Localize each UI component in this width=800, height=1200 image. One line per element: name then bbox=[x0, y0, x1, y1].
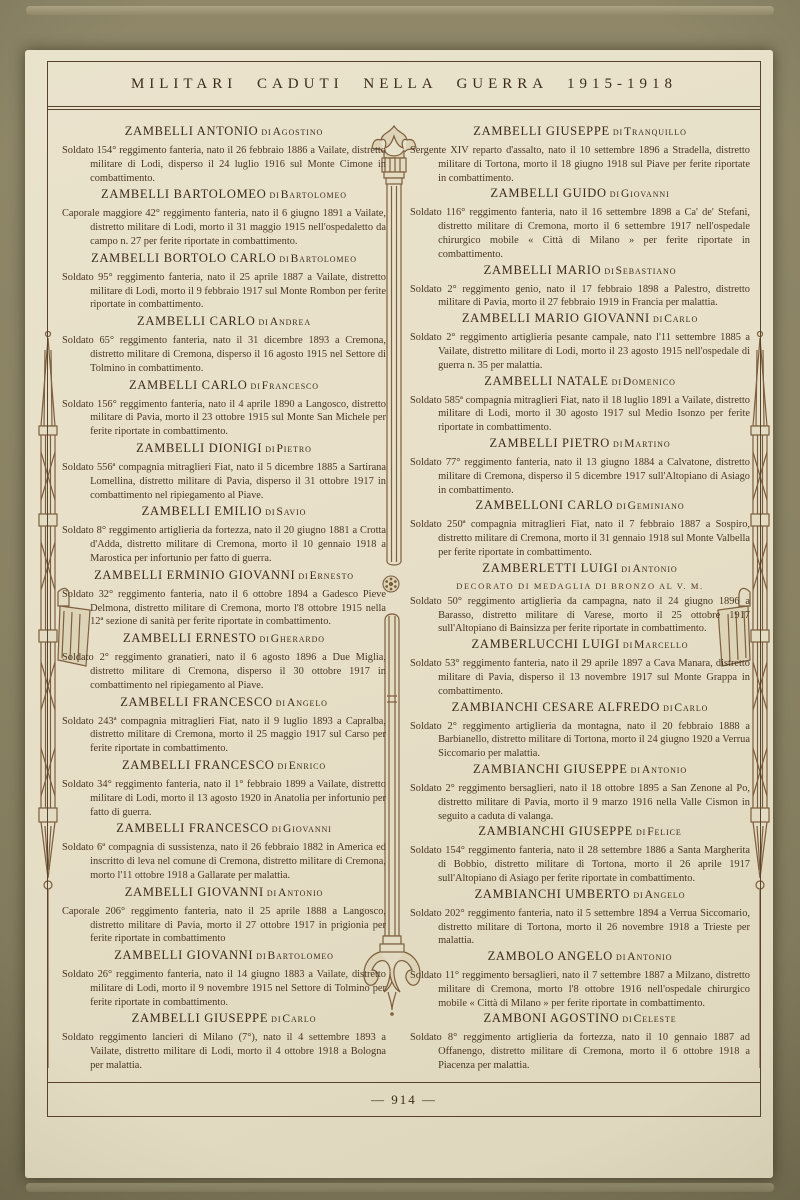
entry-heading: ZAMBELLI GIOVANNIdiAntonio bbox=[62, 885, 386, 900]
entries-area: ZAMBELLI ANTONIOdiAgostino Soldato 154° … bbox=[48, 112, 760, 1083]
entry-di-label: di bbox=[271, 1013, 281, 1025]
casualty-entry: ZAMBELLI GIUSEPPEdiTranquillo Sergente X… bbox=[410, 124, 750, 185]
entry-surname-name: ZAMBELLI GIUSEPPE bbox=[132, 1011, 269, 1025]
entry-surname-name: ZAMBELLONI CARLO bbox=[475, 498, 613, 512]
casualty-entry: ZAMBELLI FRANCESCOdiGiovanni Soldato 6ª … bbox=[62, 821, 386, 882]
entry-father-name: Gherardo bbox=[271, 633, 325, 645]
entry-di-label: di bbox=[267, 887, 277, 899]
entry-father-name: Antonio bbox=[278, 887, 323, 899]
entry-di-label: di bbox=[276, 697, 286, 709]
entry-di-label: di bbox=[631, 764, 641, 776]
casualty-entry: ZAMBELLI ERNESTOdiGherardo Soldato 2° re… bbox=[62, 631, 386, 692]
entry-surname-name: ZAMBELLI GIOVANNI bbox=[125, 885, 264, 899]
entry-heading: ZAMBELLI EMILIOdiSavio bbox=[62, 504, 386, 519]
entry-text: Caporale 206° reggimento fanteria, nato … bbox=[62, 905, 386, 946]
entry-text: Soldato 95° reggimento fanteria, nato il… bbox=[62, 271, 386, 312]
entry-text: Soldato 32° reggimento fanteria, nato il… bbox=[62, 588, 386, 629]
entry-di-label: di bbox=[621, 563, 631, 575]
entry-father-name: Giovanni bbox=[621, 188, 670, 200]
entry-heading: ZAMBELLI FRANCESCOdiGiovanni bbox=[62, 821, 386, 836]
entry-heading: ZAMBELLI FRANCESCOdiEnrico bbox=[62, 758, 386, 773]
entry-di-label: di bbox=[622, 1013, 632, 1025]
entry-father-name: Bartolomeo bbox=[291, 253, 357, 265]
entry-surname-name: ZAMBELLI ERNESTO bbox=[123, 631, 257, 645]
casualty-entry: ZAMBIANCHI GIUSEPPEdiAntonio Soldato 2° … bbox=[410, 762, 750, 823]
entry-decoration-line: DECORATO DI MEDAGLIA DI BRONZO AL V. M. bbox=[410, 581, 750, 591]
casualty-entry: ZAMBELLI BARTOLOMEOdiBartolomeo Caporale… bbox=[62, 187, 386, 248]
entry-father-name: Sebastiano bbox=[616, 265, 677, 277]
casualty-entry: ZAMBELLI ANTONIOdiAgostino Soldato 154° … bbox=[62, 124, 386, 185]
entry-di-label: di bbox=[256, 950, 266, 962]
casualty-entry: ZAMBELLI CARLOdiAndrea Soldato 65° reggi… bbox=[62, 314, 386, 375]
casualty-entry: ZAMBERLETTI LUIGIdiAntonio DECORATO DI M… bbox=[410, 561, 750, 636]
entry-heading: ZAMBELLI GIOVANNIdiBartolomeo bbox=[62, 948, 386, 963]
entry-father-name: Celeste bbox=[634, 1013, 677, 1025]
entry-surname-name: ZAMBELLI GUIDO bbox=[490, 186, 606, 200]
entry-text: Soldato 2° reggimento artiglieria da mon… bbox=[410, 720, 750, 761]
entry-surname-name: ZAMBIANCHI CESARE ALFREDO bbox=[452, 700, 661, 714]
entry-surname-name: ZAMBELLI FRANCESCO bbox=[116, 821, 269, 835]
entry-father-name: Antonio bbox=[632, 563, 677, 575]
entry-heading: ZAMBELLI BORTOLO CARLOdiBartolomeo bbox=[62, 251, 386, 266]
page-header: MILITARI CADUTI NELLA GUERRA 1915-1918 bbox=[48, 62, 760, 107]
entry-di-label: di bbox=[265, 506, 275, 518]
entry-heading: ZAMBIANCHI CESARE ALFREDOdiCarlo bbox=[410, 700, 750, 715]
entry-di-label: di bbox=[260, 633, 270, 645]
entry-heading: ZAMBELLI DIONIGIdiPietro bbox=[62, 441, 386, 456]
entry-text: Soldato 65° reggimento fanteria, nato il… bbox=[62, 334, 386, 375]
entry-text: Soldato 2° reggimento bersaglieri, nato … bbox=[410, 782, 750, 823]
entry-father-name: Antonio bbox=[642, 764, 687, 776]
casualty-entry: ZAMBELLI FRANCESCOdiAngelo Soldato 243ª … bbox=[62, 695, 386, 756]
page-frame: MILITARI CADUTI NELLA GUERRA 1915-1918 Z… bbox=[47, 61, 761, 1117]
entry-heading: ZAMBELLI GIUSEPPEdiCarlo bbox=[62, 1011, 386, 1026]
entry-text: Soldato 53° reggimento fanteria, nato il… bbox=[410, 657, 750, 698]
casualty-entry: ZAMBELLI GIOVANNIdiAntonio Caporale 206°… bbox=[62, 885, 386, 946]
page-number: — 914 — bbox=[371, 1092, 437, 1108]
book-photo: MILITARI CADUTI NELLA GUERRA 1915-1918 Z… bbox=[0, 0, 800, 1200]
entry-surname-name: ZAMBELLI FRANCESCO bbox=[122, 758, 275, 772]
casualty-entry: ZAMBIANCHI CESARE ALFREDOdiCarlo Soldato… bbox=[410, 700, 750, 761]
entry-surname-name: ZAMBELLI ANTONIO bbox=[125, 124, 259, 138]
entry-heading: ZAMBELLI CARLOdiFrancesco bbox=[62, 378, 386, 393]
entry-text: Soldato 154° reggimento fanteria, nato i… bbox=[410, 844, 750, 885]
entry-father-name: Bartolomeo bbox=[281, 189, 347, 201]
entry-father-name: Angelo bbox=[645, 889, 686, 901]
entry-father-name: Francesco bbox=[262, 380, 319, 392]
casualty-entry: ZAMBELLI MARIOdiSebastiano Soldato 2° re… bbox=[410, 263, 750, 311]
entry-father-name: Savio bbox=[276, 506, 306, 518]
entry-father-name: Marcello bbox=[634, 639, 688, 651]
entry-text: Soldato 250ª compagnia mitraglieri Fiat,… bbox=[410, 518, 750, 559]
entry-di-label: di bbox=[616, 500, 626, 512]
casualty-entry: ZAMBERLUCCHI LUIGIdiMarcello Soldato 53°… bbox=[410, 637, 750, 698]
entry-heading: ZAMBOLO ANGELOdiAntonio bbox=[410, 949, 750, 964]
entry-di-label: di bbox=[653, 313, 663, 325]
casualty-entry: ZAMBELLI NATALEdiDomenico Soldato 585ª c… bbox=[410, 374, 750, 435]
entry-text: Soldato 2° reggimento granatieri, nato i… bbox=[62, 651, 386, 692]
entry-surname-name: ZAMBELLI CARLO bbox=[137, 314, 255, 328]
entry-di-label: di bbox=[269, 189, 279, 201]
entry-father-name: Andrea bbox=[270, 316, 311, 328]
page-footer: — 914 — bbox=[48, 1082, 760, 1116]
entry-heading: ZAMBELLI GUIDOdiGiovanni bbox=[410, 186, 750, 201]
entry-di-label: di bbox=[616, 951, 626, 963]
entry-heading: ZAMBIANCHI UMBERTOdiAngelo bbox=[410, 887, 750, 902]
entry-di-label: di bbox=[279, 253, 289, 265]
entry-di-label: di bbox=[277, 760, 287, 772]
entry-surname-name: ZAMBELLI MARIO bbox=[484, 263, 602, 277]
casualty-entry: ZAMBELLI BORTOLO CARLOdiBartolomeo Solda… bbox=[62, 251, 386, 312]
entry-surname-name: ZAMBELLI PIETRO bbox=[489, 436, 610, 450]
entry-surname-name: ZAMBIANCHI UMBERTO bbox=[475, 887, 631, 901]
entry-father-name: Martino bbox=[624, 438, 670, 450]
entry-di-label: di bbox=[258, 316, 268, 328]
entry-di-label: di bbox=[251, 380, 261, 392]
entry-heading: ZAMBELLI MARIOdiSebastiano bbox=[410, 263, 750, 278]
right-column: ZAMBELLI GIUSEPPEdiTranquillo Sergente X… bbox=[404, 112, 760, 1083]
entry-heading: ZAMBERLETTI LUIGIdiAntonio bbox=[410, 561, 750, 576]
entry-father-name: Carlo bbox=[664, 313, 698, 325]
entry-heading: ZAMBELLI NATALEdiDomenico bbox=[410, 374, 750, 389]
casualty-entry: ZAMBIANCHI GIUSEPPEdiFelice Soldato 154°… bbox=[410, 824, 750, 885]
entry-di-label: di bbox=[613, 438, 623, 450]
entry-father-name: Ernesto bbox=[310, 570, 354, 582]
entry-surname-name: ZAMBELLI ERMINIO GIOVANNI bbox=[94, 568, 295, 582]
entry-text: Soldato 34° reggimento fanteria, nato il… bbox=[62, 778, 386, 819]
casualty-entry: ZAMBOLO ANGELOdiAntonio Soldato 11° regg… bbox=[410, 949, 750, 1010]
entry-text: Soldato 8° reggimento artiglieria da for… bbox=[62, 524, 386, 565]
entry-heading: ZAMBELLI GIUSEPPEdiTranquillo bbox=[410, 124, 750, 139]
book-page: MILITARI CADUTI NELLA GUERRA 1915-1918 Z… bbox=[25, 50, 773, 1178]
entry-di-label: di bbox=[610, 188, 620, 200]
entry-text: Soldato 556ª compagnia mitraglieri Fiat,… bbox=[62, 461, 386, 502]
entry-heading: ZAMBIANCHI GIUSEPPEdiAntonio bbox=[410, 762, 750, 777]
casualty-entry: ZAMBELLI FRANCESCOdiEnrico Soldato 34° r… bbox=[62, 758, 386, 819]
entry-father-name: Carlo bbox=[282, 1013, 316, 1025]
entry-surname-name: ZAMBELLI DIONIGI bbox=[136, 441, 262, 455]
entry-text: Soldato 154° reggimento fanteria, nato i… bbox=[62, 144, 386, 185]
entry-father-name: Pietro bbox=[277, 443, 312, 455]
entry-father-name: Antonio bbox=[627, 951, 672, 963]
entry-di-label: di bbox=[265, 443, 275, 455]
casualty-entry: ZAMBELLI GIOVANNIdiBartolomeo Soldato 26… bbox=[62, 948, 386, 1009]
casualty-entry: ZAMBELLI GIUSEPPEdiCarlo Soldato reggime… bbox=[62, 1011, 386, 1072]
casualty-entry: ZAMBELLI MARIO GIOVANNIdiCarlo Soldato 2… bbox=[410, 311, 750, 372]
casualty-entry: ZAMBELLI CARLOdiFrancesco Soldato 156° r… bbox=[62, 378, 386, 439]
entry-father-name: Tranquillo bbox=[624, 126, 687, 138]
entry-surname-name: ZAMBELLI GIOVANNI bbox=[114, 948, 253, 962]
entry-heading: ZAMBELLI ERMINIO GIOVANNIdiErnesto bbox=[62, 568, 386, 583]
entry-heading: ZAMBONI AGOSTINOdiCeleste bbox=[410, 1011, 750, 1026]
entry-surname-name: ZAMBERLUCCHI LUIGI bbox=[472, 637, 620, 651]
entry-father-name: Carlo bbox=[674, 702, 708, 714]
entry-di-label: di bbox=[636, 826, 646, 838]
entry-father-name: Enrico bbox=[289, 760, 326, 772]
entry-text: Soldato 6ª compagnia di sussistenza, nat… bbox=[62, 841, 386, 882]
casualty-entry: ZAMBIANCHI UMBERTOdiAngelo Soldato 202° … bbox=[410, 887, 750, 948]
entry-di-label: di bbox=[298, 570, 308, 582]
entry-father-name: Giovanni bbox=[283, 823, 332, 835]
entry-heading: ZAMBELLONI CARLOdiGeminiano bbox=[410, 498, 750, 513]
book-page-edge-top bbox=[26, 6, 774, 15]
entry-father-name: Geminiano bbox=[628, 500, 685, 512]
entry-heading: ZAMBELLI CARLOdiAndrea bbox=[62, 314, 386, 329]
entry-text: Soldato 26° reggimento fanteria, nato il… bbox=[62, 968, 386, 1009]
entry-heading: ZAMBIANCHI GIUSEPPEdiFelice bbox=[410, 824, 750, 839]
book-page-edge-bottom bbox=[26, 1183, 774, 1192]
entry-surname-name: ZAMBONI AGOSTINO bbox=[484, 1011, 620, 1025]
entry-text: Soldato 156° reggimento fanteria, nato i… bbox=[62, 398, 386, 439]
entry-text: Soldato reggimento lancieri di Milano (7… bbox=[62, 1031, 386, 1072]
entry-heading: ZAMBELLI BARTOLOMEOdiBartolomeo bbox=[62, 187, 386, 202]
entry-heading: ZAMBELLI ANTONIOdiAgostino bbox=[62, 124, 386, 139]
entry-father-name: Domenico bbox=[623, 376, 676, 388]
casualty-entry: ZAMBELLI ERMINIO GIOVANNIdiErnesto Solda… bbox=[62, 568, 386, 629]
casualty-entry: ZAMBELLI GUIDOdiGiovanni Soldato 116° re… bbox=[410, 186, 750, 261]
entry-text: Soldato 2° reggimento genio, nato il 17 … bbox=[410, 283, 750, 311]
entry-surname-name: ZAMBELLI NATALE bbox=[484, 374, 608, 388]
entry-text: Soldato 8° reggimento artiglieria da for… bbox=[410, 1031, 750, 1072]
entry-text: Soldato 77° reggimento fanteria, nato il… bbox=[410, 456, 750, 497]
entry-surname-name: ZAMBOLO ANGELO bbox=[488, 949, 613, 963]
entry-text: Caporale maggiore 42° reggimento fanteri… bbox=[62, 207, 386, 248]
entry-surname-name: ZAMBELLI GIUSEPPE bbox=[473, 124, 610, 138]
casualty-entry: ZAMBELLI DIONIGIdiPietro Soldato 556ª co… bbox=[62, 441, 386, 502]
left-column: ZAMBELLI ANTONIOdiAgostino Soldato 154° … bbox=[48, 112, 404, 1083]
entry-surname-name: ZAMBELLI BORTOLO CARLO bbox=[91, 251, 276, 265]
entry-surname-name: ZAMBERLETTI LUIGI bbox=[482, 561, 618, 575]
entry-text: Sergente XIV reparto d'assalto, nato il … bbox=[410, 144, 750, 185]
entry-di-label: di bbox=[613, 126, 623, 138]
entry-text: Soldato 2° reggimento artiglieria pesant… bbox=[410, 331, 750, 372]
entry-di-label: di bbox=[261, 126, 271, 138]
entry-father-name: Angelo bbox=[287, 697, 328, 709]
entry-heading: ZAMBELLI FRANCESCOdiAngelo bbox=[62, 695, 386, 710]
entry-heading: ZAMBERLUCCHI LUIGIdiMarcello bbox=[410, 637, 750, 652]
page-title: MILITARI CADUTI NELLA GUERRA 1915-1918 bbox=[131, 76, 677, 93]
entry-surname-name: ZAMBELLI FRANCESCO bbox=[120, 695, 273, 709]
entry-heading: ZAMBELLI ERNESTOdiGherardo bbox=[62, 631, 386, 646]
entry-surname-name: ZAMBELLI CARLO bbox=[129, 378, 247, 392]
entry-father-name: Agostino bbox=[273, 126, 324, 138]
casualty-entry: ZAMBELLI PIETROdiMartino Soldato 77° reg… bbox=[410, 436, 750, 497]
entry-di-label: di bbox=[604, 265, 614, 277]
entry-di-label: di bbox=[663, 702, 673, 714]
casualty-entry: ZAMBELLI EMILIOdiSavio Soldato 8° reggim… bbox=[62, 504, 386, 565]
entry-surname-name: ZAMBIANCHI GIUSEPPE bbox=[473, 762, 628, 776]
entry-di-label: di bbox=[623, 639, 633, 651]
entry-surname-name: ZAMBIANCHI GIUSEPPE bbox=[478, 824, 633, 838]
entry-text: Soldato 243ª compagnia mitraglieri Fiat,… bbox=[62, 715, 386, 756]
entry-surname-name: ZAMBELLI EMILIO bbox=[142, 504, 263, 518]
entry-text: Soldato 202° reggimento fanteria, nato i… bbox=[410, 907, 750, 948]
entry-text: Soldato 585ª compagnia mitraglieri Fiat,… bbox=[410, 394, 750, 435]
entry-father-name: Felice bbox=[647, 826, 681, 838]
entry-surname-name: ZAMBELLI MARIO GIOVANNI bbox=[462, 311, 650, 325]
entry-di-label: di bbox=[272, 823, 282, 835]
entry-father-name: Bartolomeo bbox=[268, 950, 334, 962]
entry-text: Soldato 116° reggimento fanteria, nato i… bbox=[410, 206, 750, 261]
casualty-entry: ZAMBELLONI CARLOdiGeminiano Soldato 250ª… bbox=[410, 498, 750, 559]
entry-text: Soldato 11° reggimento bersaglieri, nato… bbox=[410, 969, 750, 1010]
entry-surname-name: ZAMBELLI BARTOLOMEO bbox=[101, 187, 266, 201]
entry-heading: ZAMBELLI PIETROdiMartino bbox=[410, 436, 750, 451]
entry-di-label: di bbox=[633, 889, 643, 901]
entry-heading: ZAMBELLI MARIO GIOVANNIdiCarlo bbox=[410, 311, 750, 326]
entry-di-label: di bbox=[612, 376, 622, 388]
header-double-rule bbox=[48, 107, 760, 110]
casualty-entry: ZAMBONI AGOSTINOdiCeleste Soldato 8° reg… bbox=[410, 1011, 750, 1072]
entry-text: Soldato 50° reggimento artiglieria da ca… bbox=[410, 595, 750, 636]
